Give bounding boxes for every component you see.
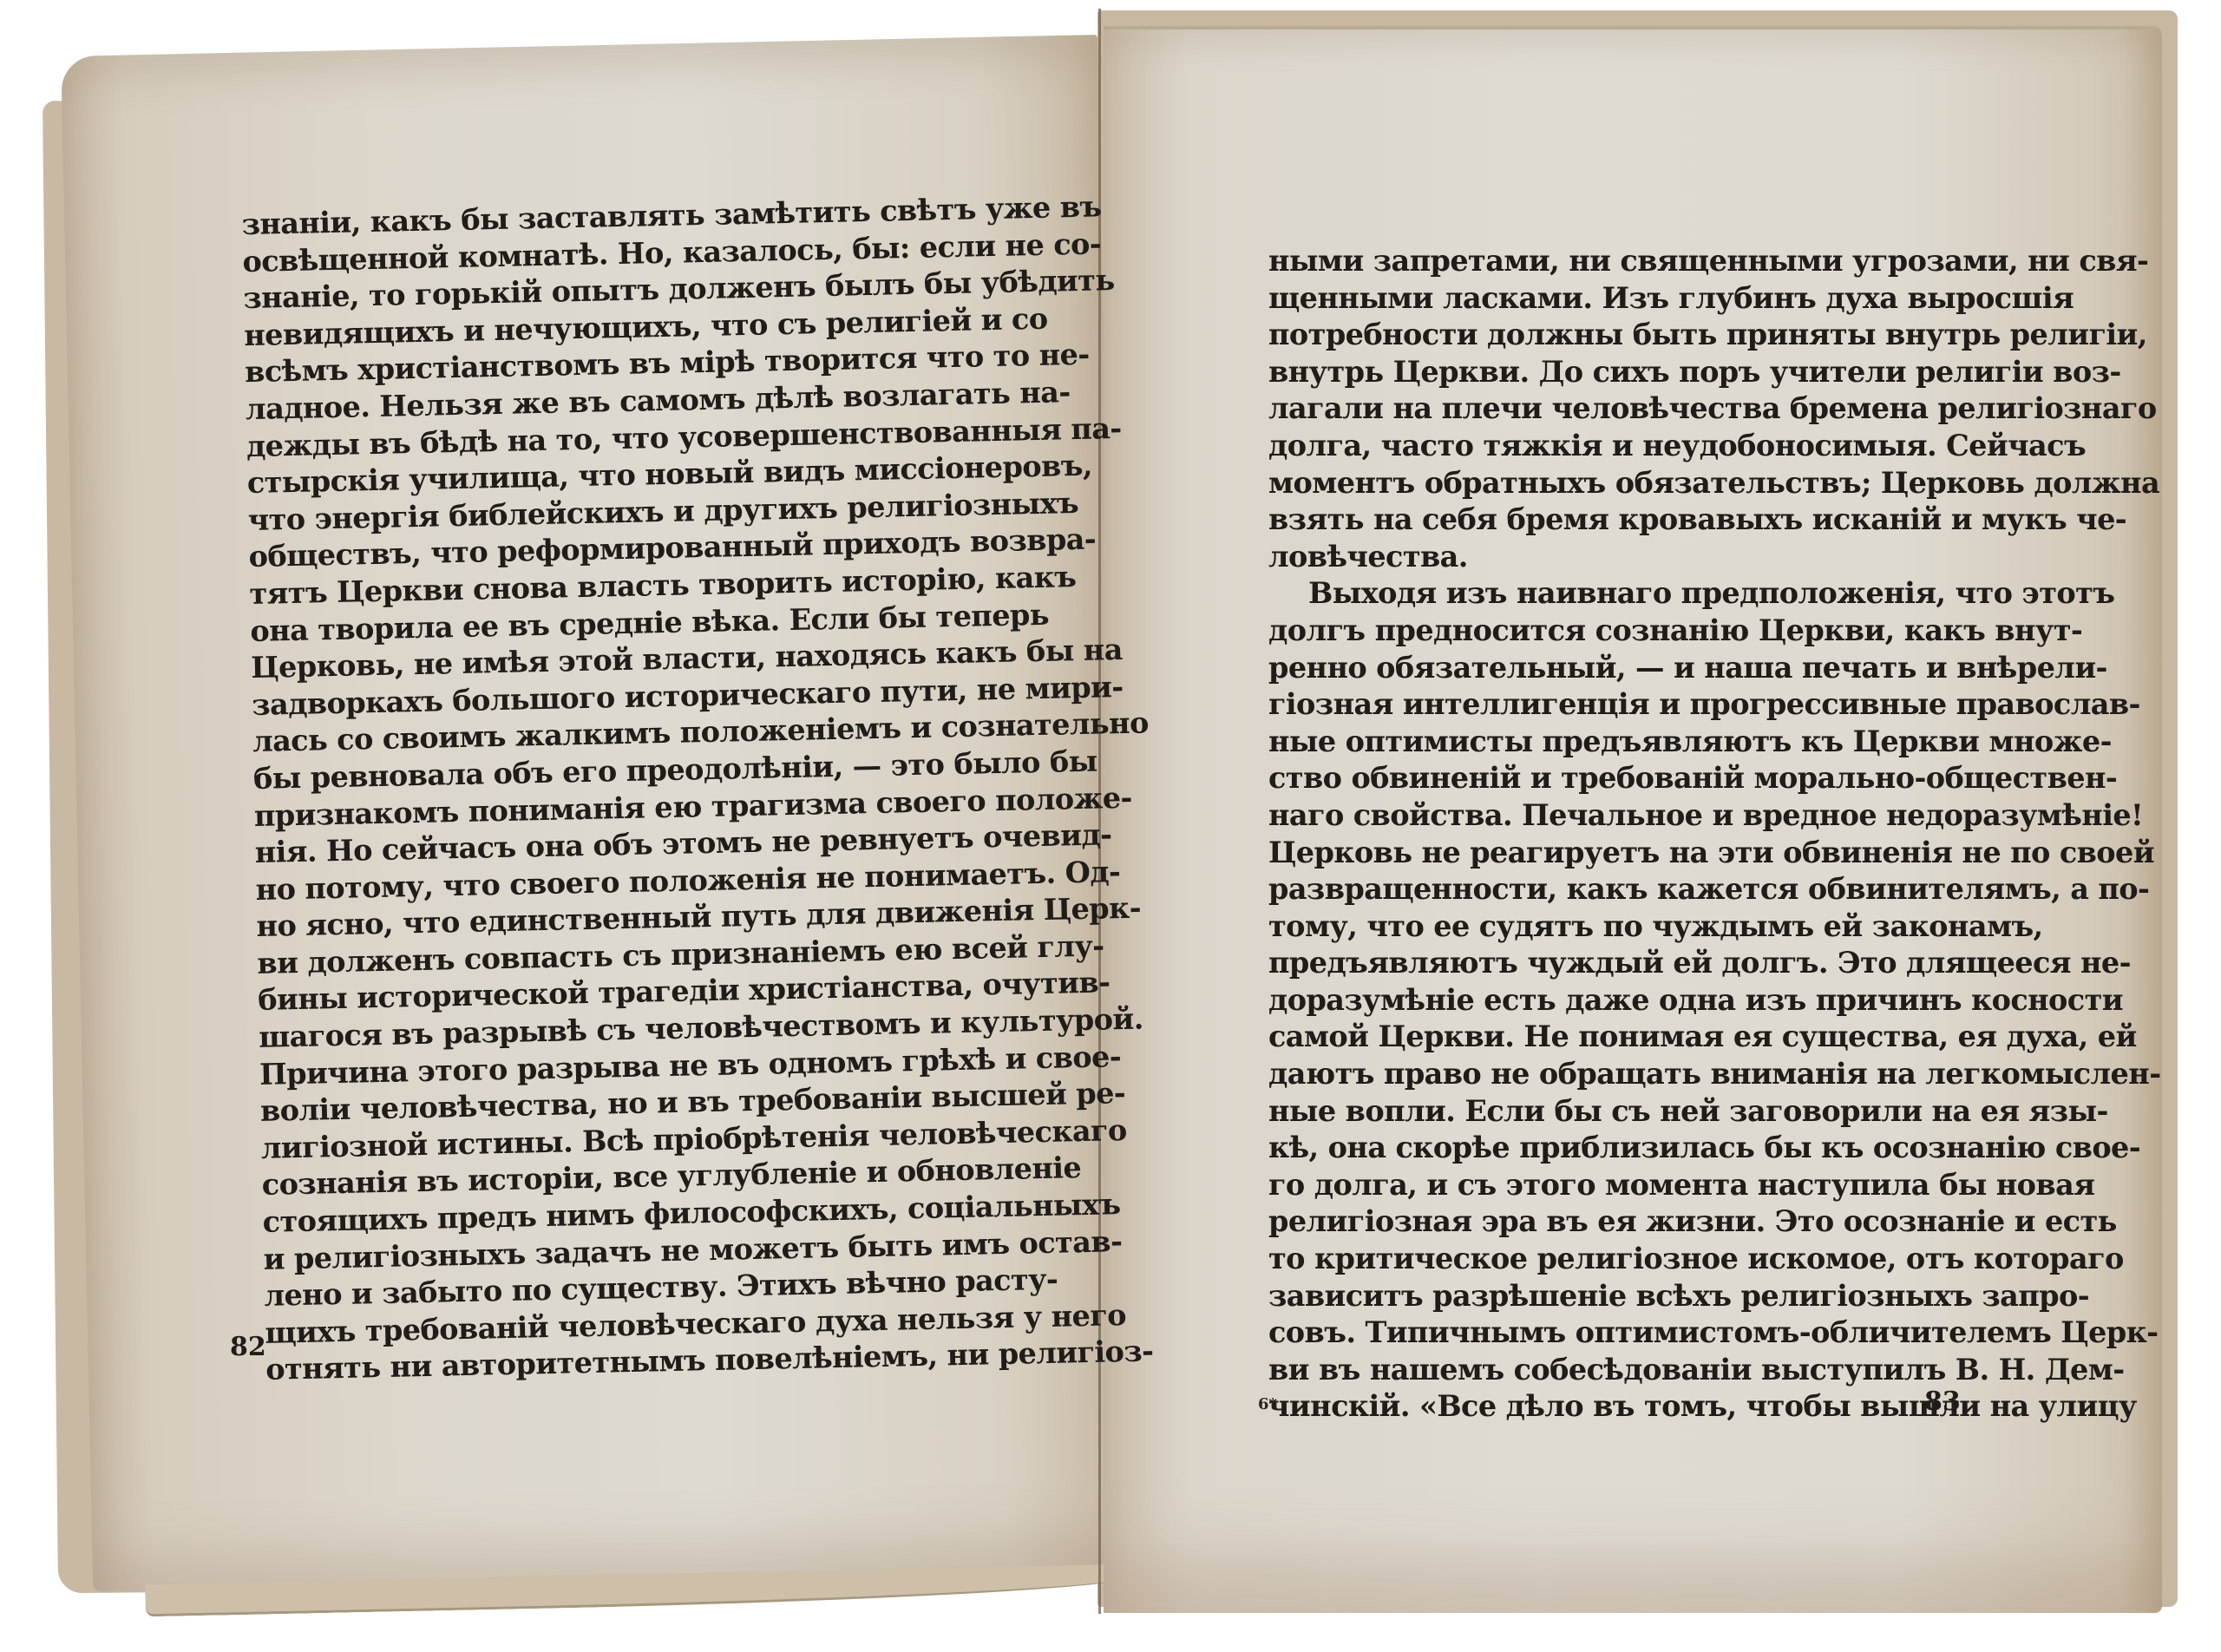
text-line: ство обвиненiй и требованiй морально-общ…: [1268, 760, 1954, 797]
text-line: ви въ нашемъ собесѣдованiи выступилъ В. …: [1268, 1352, 1954, 1389]
text-line: Церковь не реагируетъ на эти обвиненiя н…: [1268, 835, 1954, 872]
left-page-number: 82: [230, 1332, 266, 1362]
text-line: взять на себя бремя кровавыхъ исканiй и …: [1268, 501, 1954, 539]
text-line: чинскiй. «Все дѣло въ томъ, чтобы вышли …: [1268, 1388, 1954, 1426]
text-line: моментъ обратныхъ обязательствъ; Церковь…: [1268, 465, 1954, 502]
left-page-text: знанiи, какъ бы заставлять замѣтить свѣт…: [241, 193, 934, 1389]
printer-signature-mark: 6*: [1258, 1395, 1277, 1413]
text-line: потребности должны быть приняты внутрь р…: [1268, 317, 1954, 354]
text-line: го долга, и съ этого момента наступила б…: [1268, 1167, 1954, 1204]
text-line: даютъ право не обращать вниманiя на легк…: [1268, 1056, 1954, 1093]
text-line: зависитъ разрѣшенiе всѣхъ религiозныхъ з…: [1268, 1278, 1954, 1315]
text-line: ными запретами, ни священными угрозами, …: [1268, 243, 1954, 280]
text-line: долгъ предносится сознанiю Церкви, какъ …: [1268, 613, 1954, 650]
text-line: щенными ласками. Изъ глубинъ духа выросш…: [1268, 280, 1954, 318]
text-line: внутрь Церкви. До сихъ поръ учители рели…: [1268, 354, 1954, 391]
text-line: религiозная эра въ ея жизни. Это осознан…: [1268, 1203, 1954, 1241]
text-line: развращенности, какъ кажется обвинителям…: [1268, 871, 1954, 908]
text-line: ные вопли. Если бы съ ней заговорили на …: [1268, 1093, 1954, 1131]
text-line: тому, что ее судятъ по чуждымъ ей закона…: [1268, 908, 1954, 946]
text-line: ловѣчества.: [1268, 539, 1954, 576]
text-line: то критическое религiозное искомое, отъ …: [1268, 1241, 1954, 1278]
text-line: наго свойства. Печальное и вредное недор…: [1268, 797, 1954, 835]
text-line: ные оптимисты предъявляютъ къ Церкви мно…: [1268, 724, 1954, 761]
text-line: предъявляютъ чуждый ей долгъ. Это длящее…: [1268, 945, 1954, 982]
paragraph-start-line: Выходя изъ наивнаго предположенiя, что э…: [1268, 575, 1954, 613]
right-page-text: ными запретами, ни священными угрозами, …: [1268, 243, 1954, 1426]
text-line: ренно обязательный, — и наша печать и вн…: [1268, 650, 1954, 687]
open-book: знанiи, какъ бы заставлять замѣтить свѣт…: [0, 0, 2221, 1652]
text-line: доразумѣнiе есть даже одна изъ причинъ к…: [1268, 982, 1954, 1019]
text-line: совъ. Типичнымъ оптимистомъ-обличителемъ…: [1268, 1314, 1954, 1352]
right-page-number: 83: [1924, 1386, 1961, 1417]
text-line: гiозная интеллигенцiя и прогрессивные пр…: [1268, 686, 1954, 724]
text-line: долга, часто тяжкiя и неудобоносимыя. Се…: [1268, 428, 1954, 465]
text-line: самой Церкви. Не понимая ея существа, ея…: [1268, 1019, 1954, 1056]
text-line: кѣ, она скорѣе приблизилась бы къ осозна…: [1268, 1130, 1954, 1167]
text-line: лагали на плечи человѣчества бремена рел…: [1268, 390, 1954, 428]
